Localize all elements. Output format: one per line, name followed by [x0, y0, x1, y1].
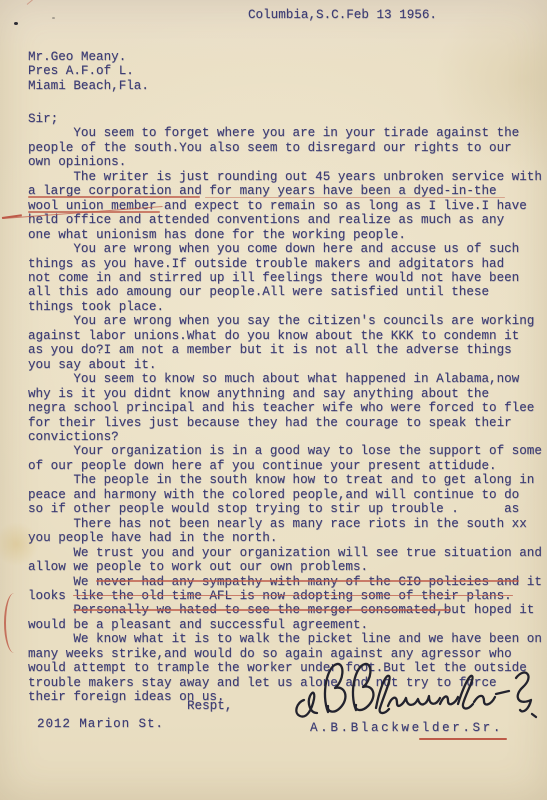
red-underline-cio — [96, 580, 519, 582]
letter-line: There has not been nearly as many race r… — [28, 517, 543, 531]
letter-line: We trust you and your organization will … — [28, 546, 543, 560]
sender-address: 2012 Marion St. — [37, 717, 164, 731]
letter-line: held office and attended conventions and… — [28, 213, 543, 227]
closing: Respt, — [187, 699, 232, 713]
letter-line: You seem to know so much about what happ… — [28, 372, 543, 386]
red-underline-afl-plans — [73, 595, 513, 597]
red-underline-merger — [73, 609, 451, 611]
letter-line: not come in and stirred up ill feelings … — [28, 271, 543, 285]
letter-line: so if other people would stop trying to … — [28, 502, 543, 516]
letter-line: Mr.Geo Meany. — [28, 50, 149, 64]
letter-line: looks like the old time AFL is now adopt… — [28, 589, 543, 603]
letter-line: against labor unions.What do you know ab… — [28, 329, 543, 343]
letter-line: negra school principal and his teacher w… — [28, 401, 543, 415]
letter-line: things as you have.If outside trouble ma… — [28, 257, 543, 271]
paper-speck — [14, 22, 18, 25]
red-underline-dyed-in-the — [205, 197, 505, 199]
letter-line: own opinions. — [28, 155, 543, 169]
letter-line: convictions? — [28, 430, 543, 444]
letter-line: you people have had in the north. — [28, 531, 543, 545]
letter-line: one what unionism has done for the worki… — [28, 228, 543, 242]
letter-line: Miami Beach,Fla. — [28, 79, 149, 93]
dateline: Columbia,S.C.Feb 13 1956. — [248, 8, 437, 22]
letter-line: people of the south.You also seem to dis… — [28, 141, 543, 155]
letter-line: The people in the south know how to trea… — [28, 473, 543, 487]
letter-line: why is it you didnt know anythning and s… — [28, 387, 543, 401]
letter-line: of our people down here af you continue … — [28, 459, 543, 473]
letter-line: Pres A.F.of L. — [28, 64, 149, 78]
letter-line: you say about it. — [28, 358, 543, 372]
letter-line: We know what it is to walk the picket li… — [28, 632, 543, 646]
red-underline-signature — [419, 738, 507, 740]
red-topleft-slash — [27, 0, 37, 5]
letter-body: Sir; You seem to forget where you are in… — [28, 112, 543, 705]
letter-line: We never had any sympathy with many of t… — [28, 575, 543, 589]
letter-line: for their lives just because they had th… — [28, 416, 543, 430]
letter-line: You seem to forget where you are in your… — [28, 126, 543, 140]
letter-line: all this ado amoung our people.All were … — [28, 285, 543, 299]
letter-line: peace and harmony with the colored peopl… — [28, 488, 543, 502]
letter-line: Personally we hated to see the merger co… — [28, 603, 543, 617]
recipient-address: Mr.Geo Meany.Pres A.F.of L.Miami Beach,F… — [28, 50, 149, 93]
handwritten-signature — [288, 648, 546, 728]
letter-line: Your organization is in a good way to lo… — [28, 444, 543, 458]
letter-line: You are wrong when you come down here an… — [28, 242, 543, 256]
letter-line: allow we people to work out our own prob… — [28, 560, 543, 574]
red-margin-parenthesis — [4, 593, 21, 653]
letter-line: would be a pleasant and successful agree… — [28, 618, 543, 632]
paper-speck — [52, 17, 55, 19]
letter-line: as you do?I am not a member but it is no… — [28, 343, 543, 357]
letter-line: The writer is just rounding out 45 years… — [28, 170, 543, 184]
letter-line: things took place. — [28, 300, 543, 314]
letter-line: Sir; — [28, 112, 543, 126]
letter-line: You are wrong when you say the citizen's… — [28, 314, 543, 328]
red-underline-corporation — [28, 196, 200, 198]
letter-page: Columbia,S.C.Feb 13 1956. Mr.Geo Meany.P… — [0, 0, 547, 800]
